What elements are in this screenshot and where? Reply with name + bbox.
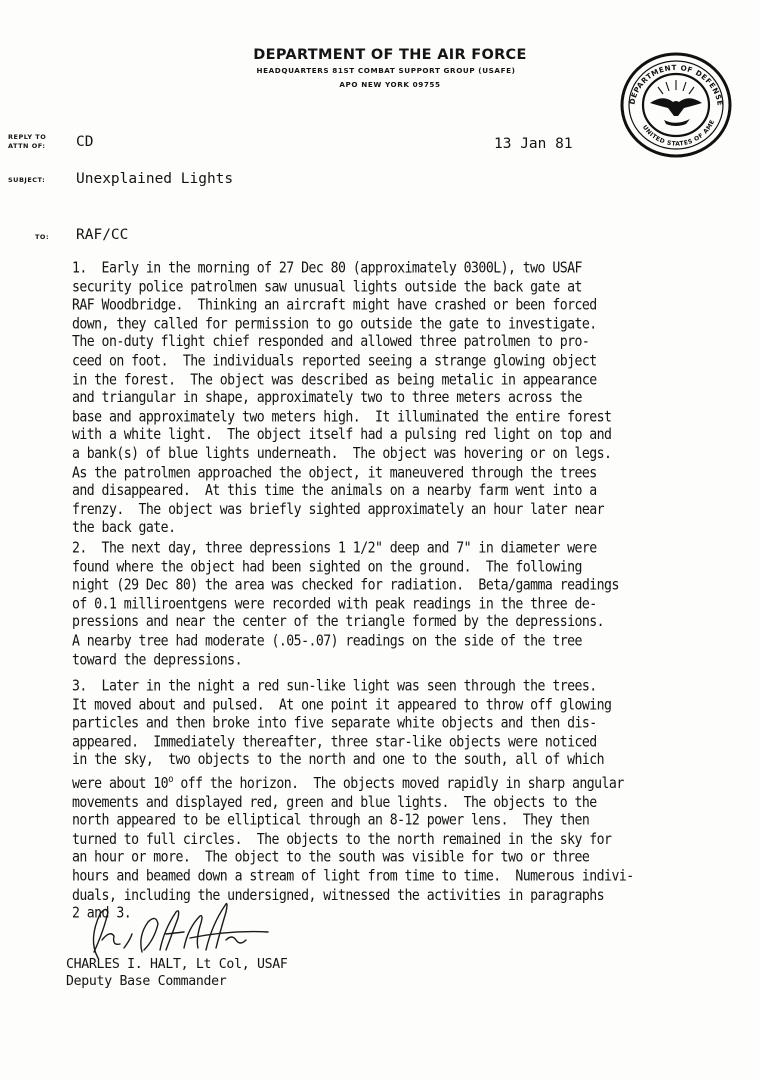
paragraph-line: a bank(s) of blue lights underneath. The…: [72, 446, 732, 465]
paragraph-line: base and approximately two meters high. …: [72, 409, 732, 428]
paragraph-1: 1. Early in the morning of 27 Dec 80 (ap…: [72, 260, 732, 539]
paragraph-line: and disappeared. At this time the animal…: [72, 483, 732, 502]
paragraph-line: hours and beamed down a stream of light …: [72, 868, 732, 887]
signer-title: Deputy Base Commander: [66, 973, 288, 990]
subject-value: Unexplained Lights: [76, 171, 233, 187]
paragraph-3: 3. Later in the night a red sun-like lig…: [72, 678, 732, 924]
paragraph-line: The on-duty flight chief responded and a…: [72, 334, 732, 353]
paragraph-line: were about 10o off the horizon. The obje…: [72, 771, 732, 794]
paragraph-line: an hour or more. The object to the south…: [72, 850, 732, 869]
reply-to-label: REPLY TO ATTN OF:: [8, 133, 46, 151]
paragraph-line: found where the object had been sighted …: [72, 559, 732, 578]
handwritten-signature: [80, 900, 270, 960]
signer-name: CHARLES I. HALT, Lt Col, USAF: [66, 956, 288, 973]
paragraph-line: RAF Woodbridge. Thinking an aircraft mig…: [72, 297, 732, 316]
paragraph-line: the back gate.: [72, 520, 732, 539]
paragraph-line: 2. The next day, three depressions 1 1/2…: [72, 540, 732, 559]
paragraph-line: turned to full circles. The objects to t…: [72, 831, 732, 850]
paragraph-line: north appeared to be elliptical through …: [72, 813, 732, 832]
paragraph-line: down, they called for permission to go o…: [72, 316, 732, 335]
paragraph-line: security police patrolmen saw unusual li…: [72, 279, 732, 298]
paragraph-line: toward the depressions.: [72, 652, 732, 671]
paragraph-line: 1. Early in the morning of 27 Dec 80 (ap…: [72, 260, 732, 279]
paragraph-line: of 0.1 milliroentgens were recorded with…: [72, 596, 732, 615]
to-label: TO:: [35, 233, 49, 242]
paragraph-line: ceed on foot. The individuals reported s…: [72, 353, 732, 372]
paragraph-line: As the patrolmen approached the object, …: [72, 464, 732, 483]
paragraph-line: with a white light. The object itself ha…: [72, 427, 732, 446]
reply-to-label-line1: REPLY TO: [8, 133, 46, 142]
paragraph-line: 3. Later in the night a red sun-like lig…: [72, 678, 732, 697]
paragraph-line: pressions and near the center of the tri…: [72, 614, 732, 633]
paragraph-line: movements and displayed red, green and b…: [72, 794, 732, 813]
paragraph-line: appeared. Immediately thereafter, three …: [72, 734, 732, 753]
memo-date: 13 Jan 81: [494, 136, 573, 152]
memo-page: DEPARTMENT OF THE AIR FORCE HEADQUARTERS…: [0, 0, 760, 1080]
to-value: RAF/CC: [76, 227, 128, 243]
paragraph-line: and triangular in shape, approximately t…: [72, 390, 732, 409]
paragraph-2: 2. The next day, three depressions 1 1/2…: [72, 540, 732, 670]
reply-to-value: CD: [76, 134, 93, 150]
paragraph-line: in the forest. The object was described …: [72, 372, 732, 391]
reply-to-label-line2: ATTN OF:: [8, 142, 46, 151]
paragraph-line: particles and then broke into five separ…: [72, 715, 732, 734]
subject-label: SUBJECT:: [8, 176, 45, 185]
department-of-defense-seal-icon: DEPARTMENT OF DEFENSE UNITED STATES OF A…: [618, 50, 734, 160]
paragraph-line: frenzy. The object was briefly sighted a…: [72, 502, 732, 521]
signature-block: CHARLES I. HALT, Lt Col, USAF Deputy Bas…: [66, 956, 288, 990]
paragraph-line: It moved about and pulsed. At one point …: [72, 697, 732, 716]
paragraph-line: A nearby tree had moderate (.05-.07) rea…: [72, 633, 732, 652]
paragraph-line: in the sky, two objects to the north and…: [72, 752, 732, 771]
paragraph-line: night (29 Dec 80) the area was checked f…: [72, 577, 732, 596]
